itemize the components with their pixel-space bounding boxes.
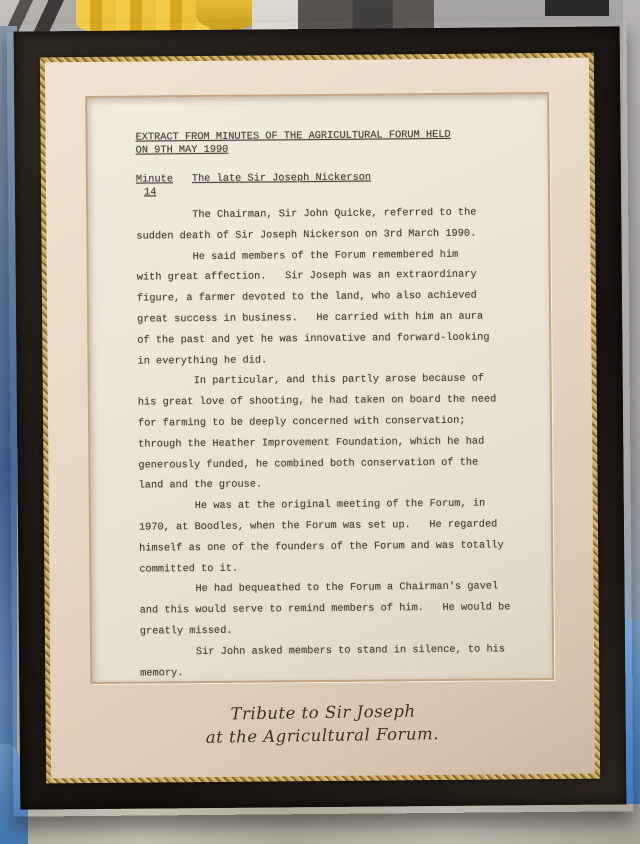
typed-line: great success in business. He carried wi… — [137, 306, 513, 330]
typed-line: and this would serve to remind members o… — [140, 597, 516, 621]
handwritten-caption: Tribute to Sir Joseph at the Agricultura… — [90, 680, 555, 778]
frame-black-band: EXTRACT FROM MINUTES OF THE AGRICULTURAL… — [14, 26, 627, 809]
caption-line-1: Tribute to Sir Joseph — [230, 700, 415, 726]
typed-line: himself as one of the founders of the Fo… — [139, 535, 515, 559]
minute-heading-row: Minute 14 The late Sir Joseph Nickerson — [136, 170, 512, 199]
typed-line: The Chairman, Sir John Quicke, referred … — [136, 202, 512, 226]
mat-board: EXTRACT FROM MINUTES OF THE AGRICULTURAL… — [45, 58, 595, 779]
typed-line: Sir John asked members to stand in silen… — [140, 639, 516, 663]
typed-line: through the Heather Improvement Foundati… — [138, 431, 514, 455]
document-body: The Chairman, Sir John Quicke, referred … — [136, 202, 516, 684]
minute-label: Minute — [136, 173, 192, 186]
document-paper: EXTRACT FROM MINUTES OF THE AGRICULTURAL… — [85, 92, 554, 684]
document-title: The late Sir Joseph Nickerson — [192, 172, 371, 200]
minute-number: 14 — [136, 186, 192, 199]
typed-line: for farming to be deeply concerned with … — [138, 410, 514, 434]
picture-frame: EXTRACT FROM MINUTES OF THE AGRICULTURAL… — [7, 19, 634, 816]
typed-line: of the past and yet he was innovative an… — [137, 327, 513, 351]
typed-line: sudden death of Sir Joseph Nickerson on … — [136, 223, 512, 247]
document-header: EXTRACT FROM MINUTES OF THE AGRICULTURAL… — [135, 128, 511, 157]
frame-inner-gold-bead: EXTRACT FROM MINUTES OF THE AGRICULTURAL… — [40, 53, 600, 784]
frame-outer-gold-bead: EXTRACT FROM MINUTES OF THE AGRICULTURAL… — [7, 19, 634, 816]
minute-reference: Minute 14 — [136, 173, 192, 199]
caption-line-2: at the Agricultural Forum. — [206, 722, 439, 749]
typed-line: 1970, at Boodles, when the Forum was set… — [139, 514, 515, 538]
typed-line: generously funded, he combined both cons… — [138, 452, 514, 476]
photograph: EXTRACT FROM MINUTES OF THE AGRICULTURAL… — [0, 0, 640, 844]
header-line-2: ON 9TH MAY 1990 — [136, 141, 512, 157]
background-black-bar — [545, 0, 609, 16]
